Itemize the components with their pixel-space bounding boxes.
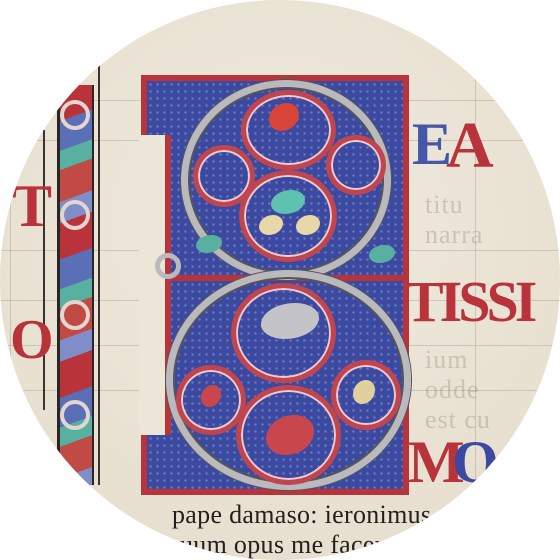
border-curl	[60, 400, 90, 430]
column-rule	[98, 65, 100, 485]
initial-letter-o: O	[10, 308, 54, 372]
manuscript-image: titu narra ium odde est cu T O	[0, 0, 560, 560]
medallion	[239, 170, 337, 262]
initial-letter-t: T	[12, 172, 52, 241]
decorated-initial	[141, 75, 409, 495]
manuscript-text-line: pape damaso: ieronimus	[172, 500, 431, 530]
border-curl	[60, 100, 90, 130]
ruling-line	[10, 140, 11, 440]
faint-text: odde	[425, 375, 480, 405]
border-curl	[60, 300, 90, 330]
interlace-knot	[155, 253, 181, 279]
manuscript-text-line: uum opus me facere	[180, 530, 395, 560]
faint-text: titu	[425, 190, 464, 220]
medallion	[241, 90, 336, 170]
faint-text: ium	[425, 345, 468, 375]
border-curl	[60, 200, 90, 230]
display-word-tissi: TISSI	[405, 268, 533, 335]
display-letter-a: A	[446, 108, 494, 184]
medallion	[326, 135, 386, 195]
faint-text: narra	[425, 220, 483, 250]
display-letter-o: O	[452, 428, 499, 497]
